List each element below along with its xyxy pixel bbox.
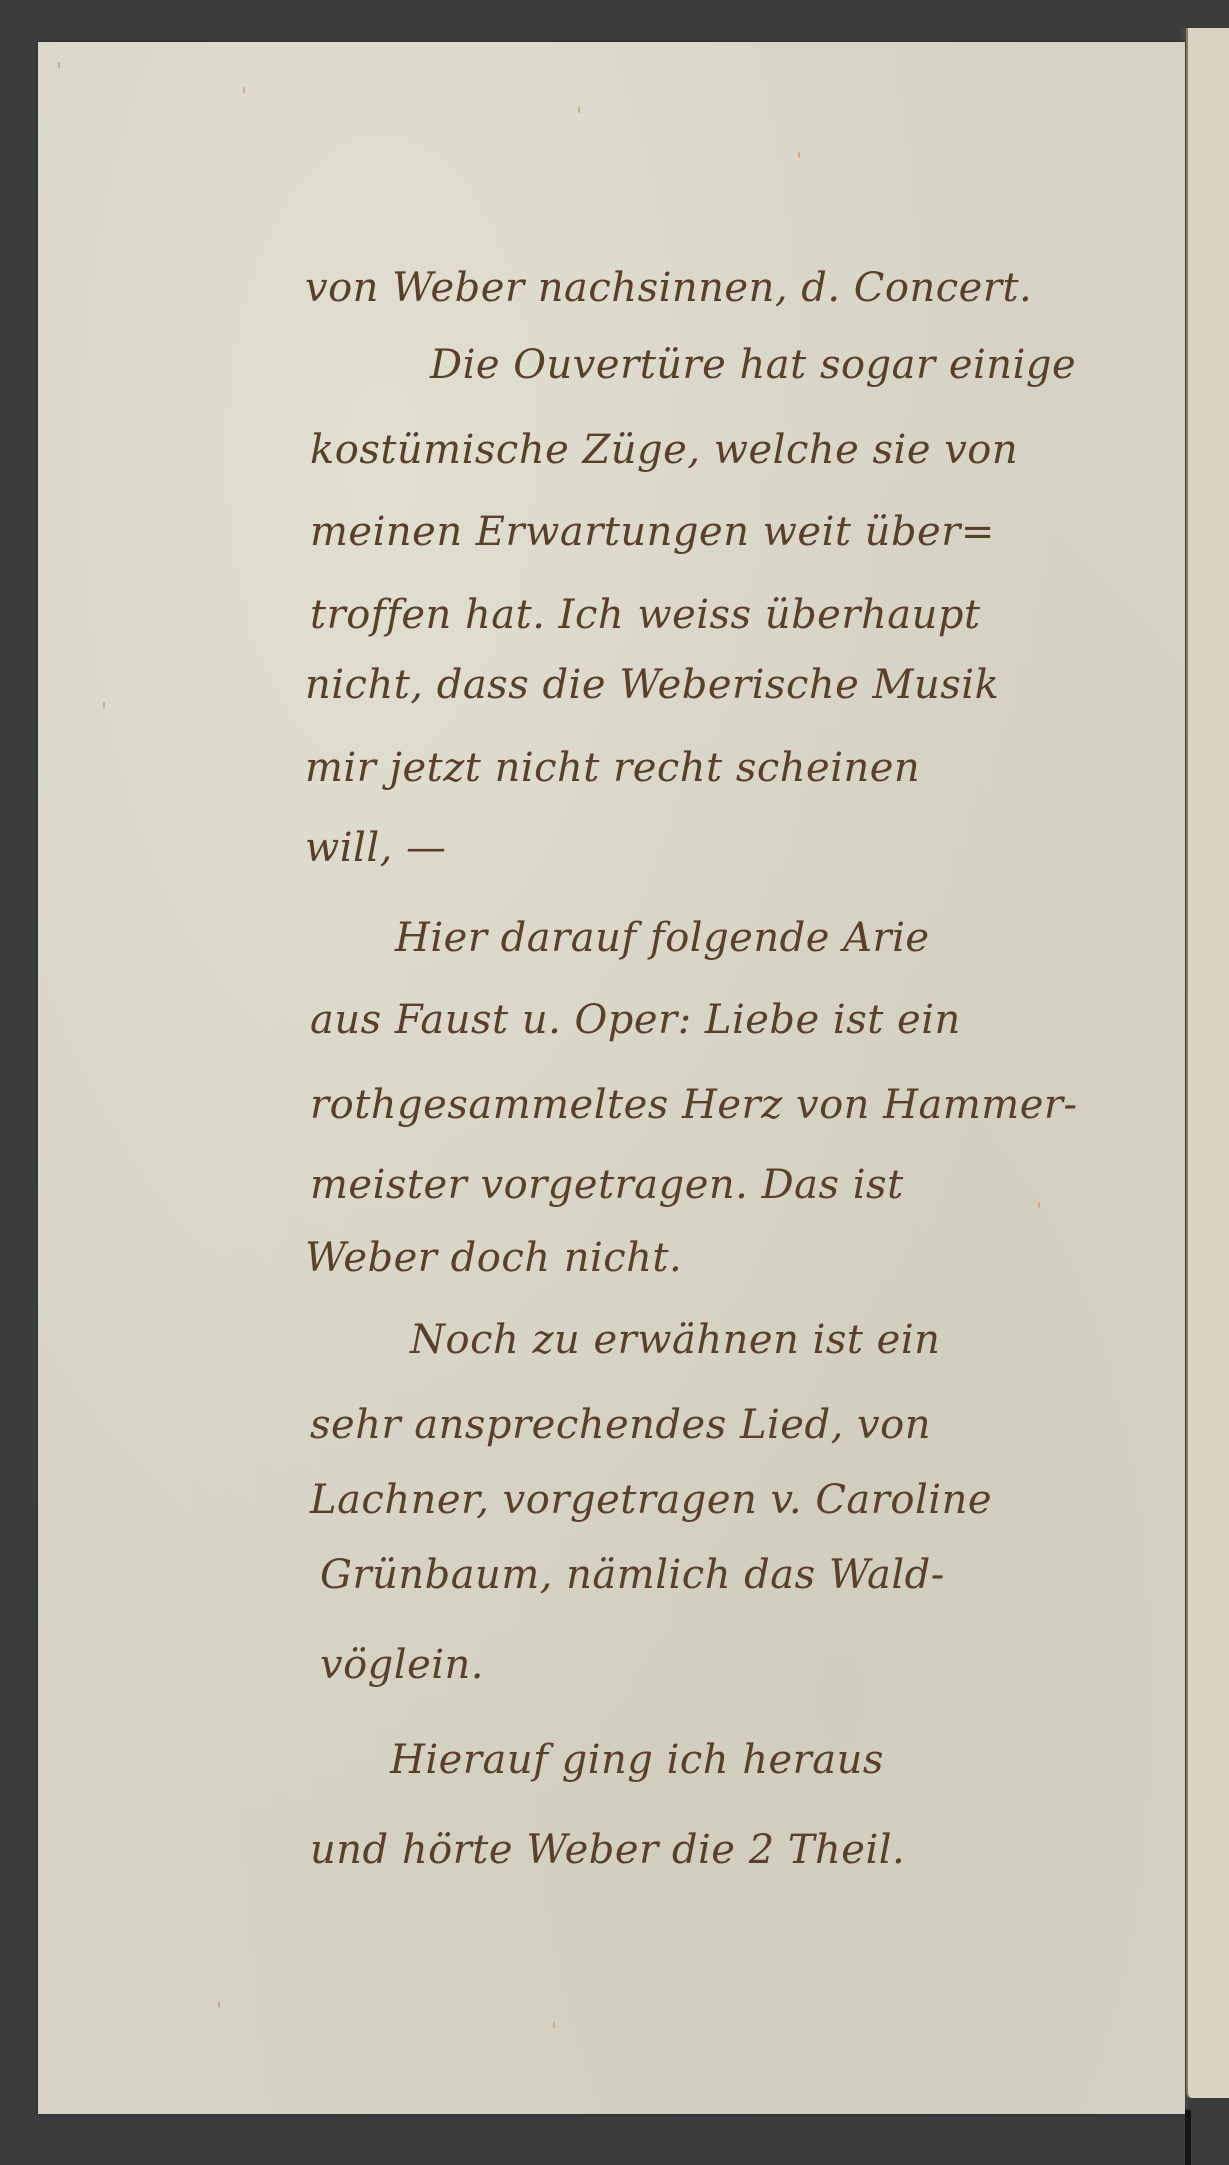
manuscript-line: kostümische Züge, welche sie von xyxy=(310,430,1018,470)
manuscript-line: mir jetzt nicht recht scheinen xyxy=(305,748,920,788)
paper-speck xyxy=(553,2022,555,2028)
paper-speck xyxy=(1038,1202,1040,1208)
manuscript-line: von Weber nachsinnen, d. Concert. xyxy=(305,268,1032,308)
manuscript-line: sehr ansprechendes Lied, von xyxy=(310,1405,931,1445)
manuscript-line: vöglein. xyxy=(320,1645,484,1685)
manuscript-line: Lachner, vorgetragen v. Caroline xyxy=(310,1480,992,1520)
manuscript-line: und hörte Weber die 2 Theil. xyxy=(310,1830,905,1870)
manuscript-line: aus Faust u. Oper: Liebe ist ein xyxy=(310,1000,961,1040)
adjacent-page-edge xyxy=(1186,28,1229,2098)
manuscript-line: Die Ouvertüre hat sogar einige xyxy=(430,345,1076,385)
manuscript-line: will, — xyxy=(305,828,447,868)
paper-speck xyxy=(103,702,105,708)
paper-speck xyxy=(58,62,60,68)
manuscript-line: Grünbaum, nämlich das Wald- xyxy=(320,1555,945,1595)
paper-speck xyxy=(798,152,800,158)
manuscript-line: Hier darauf folgende Arie xyxy=(395,918,930,958)
manuscript-line: nicht, dass die Weberische Musik xyxy=(305,665,999,705)
manuscript-line: meister vorgetragen. Das ist xyxy=(310,1165,904,1205)
manuscript-line: Noch zu erwähnen ist ein xyxy=(410,1320,940,1360)
manuscript-line: Weber doch nicht. xyxy=(305,1238,682,1278)
binding-gap xyxy=(1185,2110,1191,2165)
manuscript-line: troffen hat. Ich weiss überhaupt xyxy=(310,595,981,635)
manuscript-line: Hierauf ging ich heraus xyxy=(390,1740,884,1780)
paper-speck xyxy=(243,87,245,93)
paper-speck xyxy=(218,2002,220,2008)
manuscript-line: rothgesammeltes Herz von Hammer- xyxy=(310,1085,1078,1125)
manuscript-line: meinen Erwartungen weit über= xyxy=(310,512,995,552)
paper-speck xyxy=(578,107,580,113)
